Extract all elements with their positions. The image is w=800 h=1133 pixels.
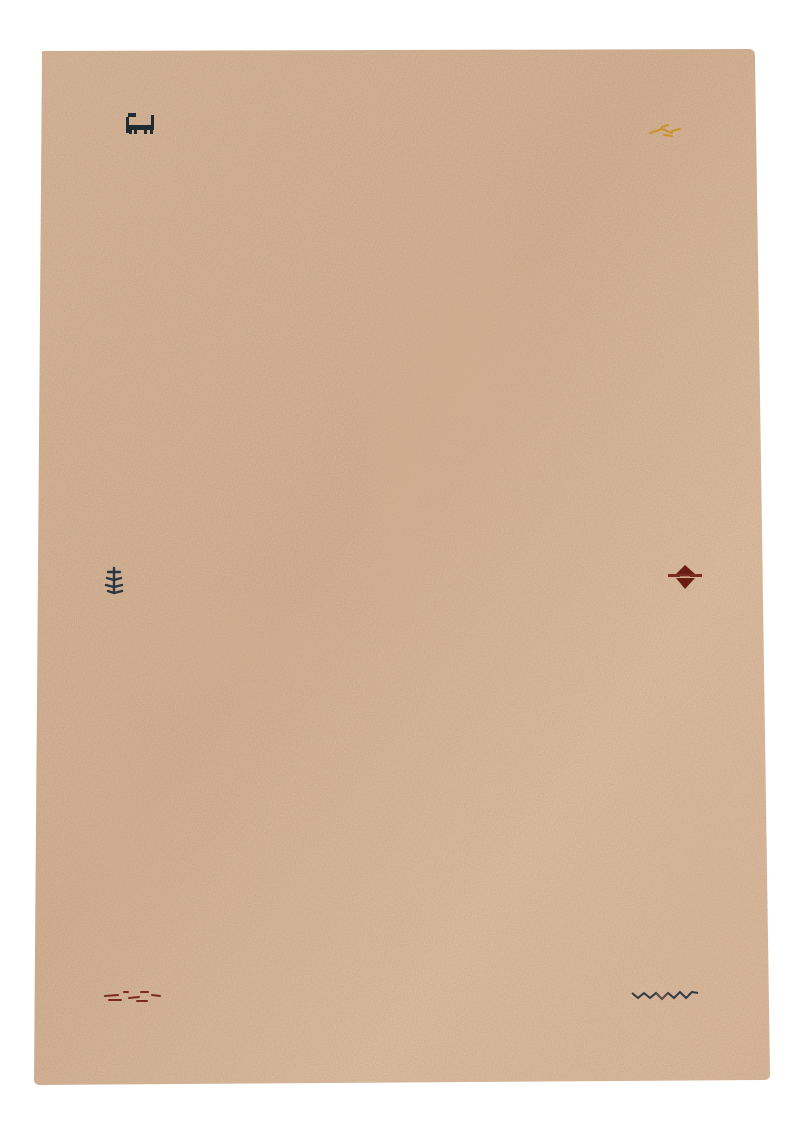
rug-photo [0,0,800,1133]
photo-canvas [0,0,800,1133]
rug-body [0,0,800,1133]
